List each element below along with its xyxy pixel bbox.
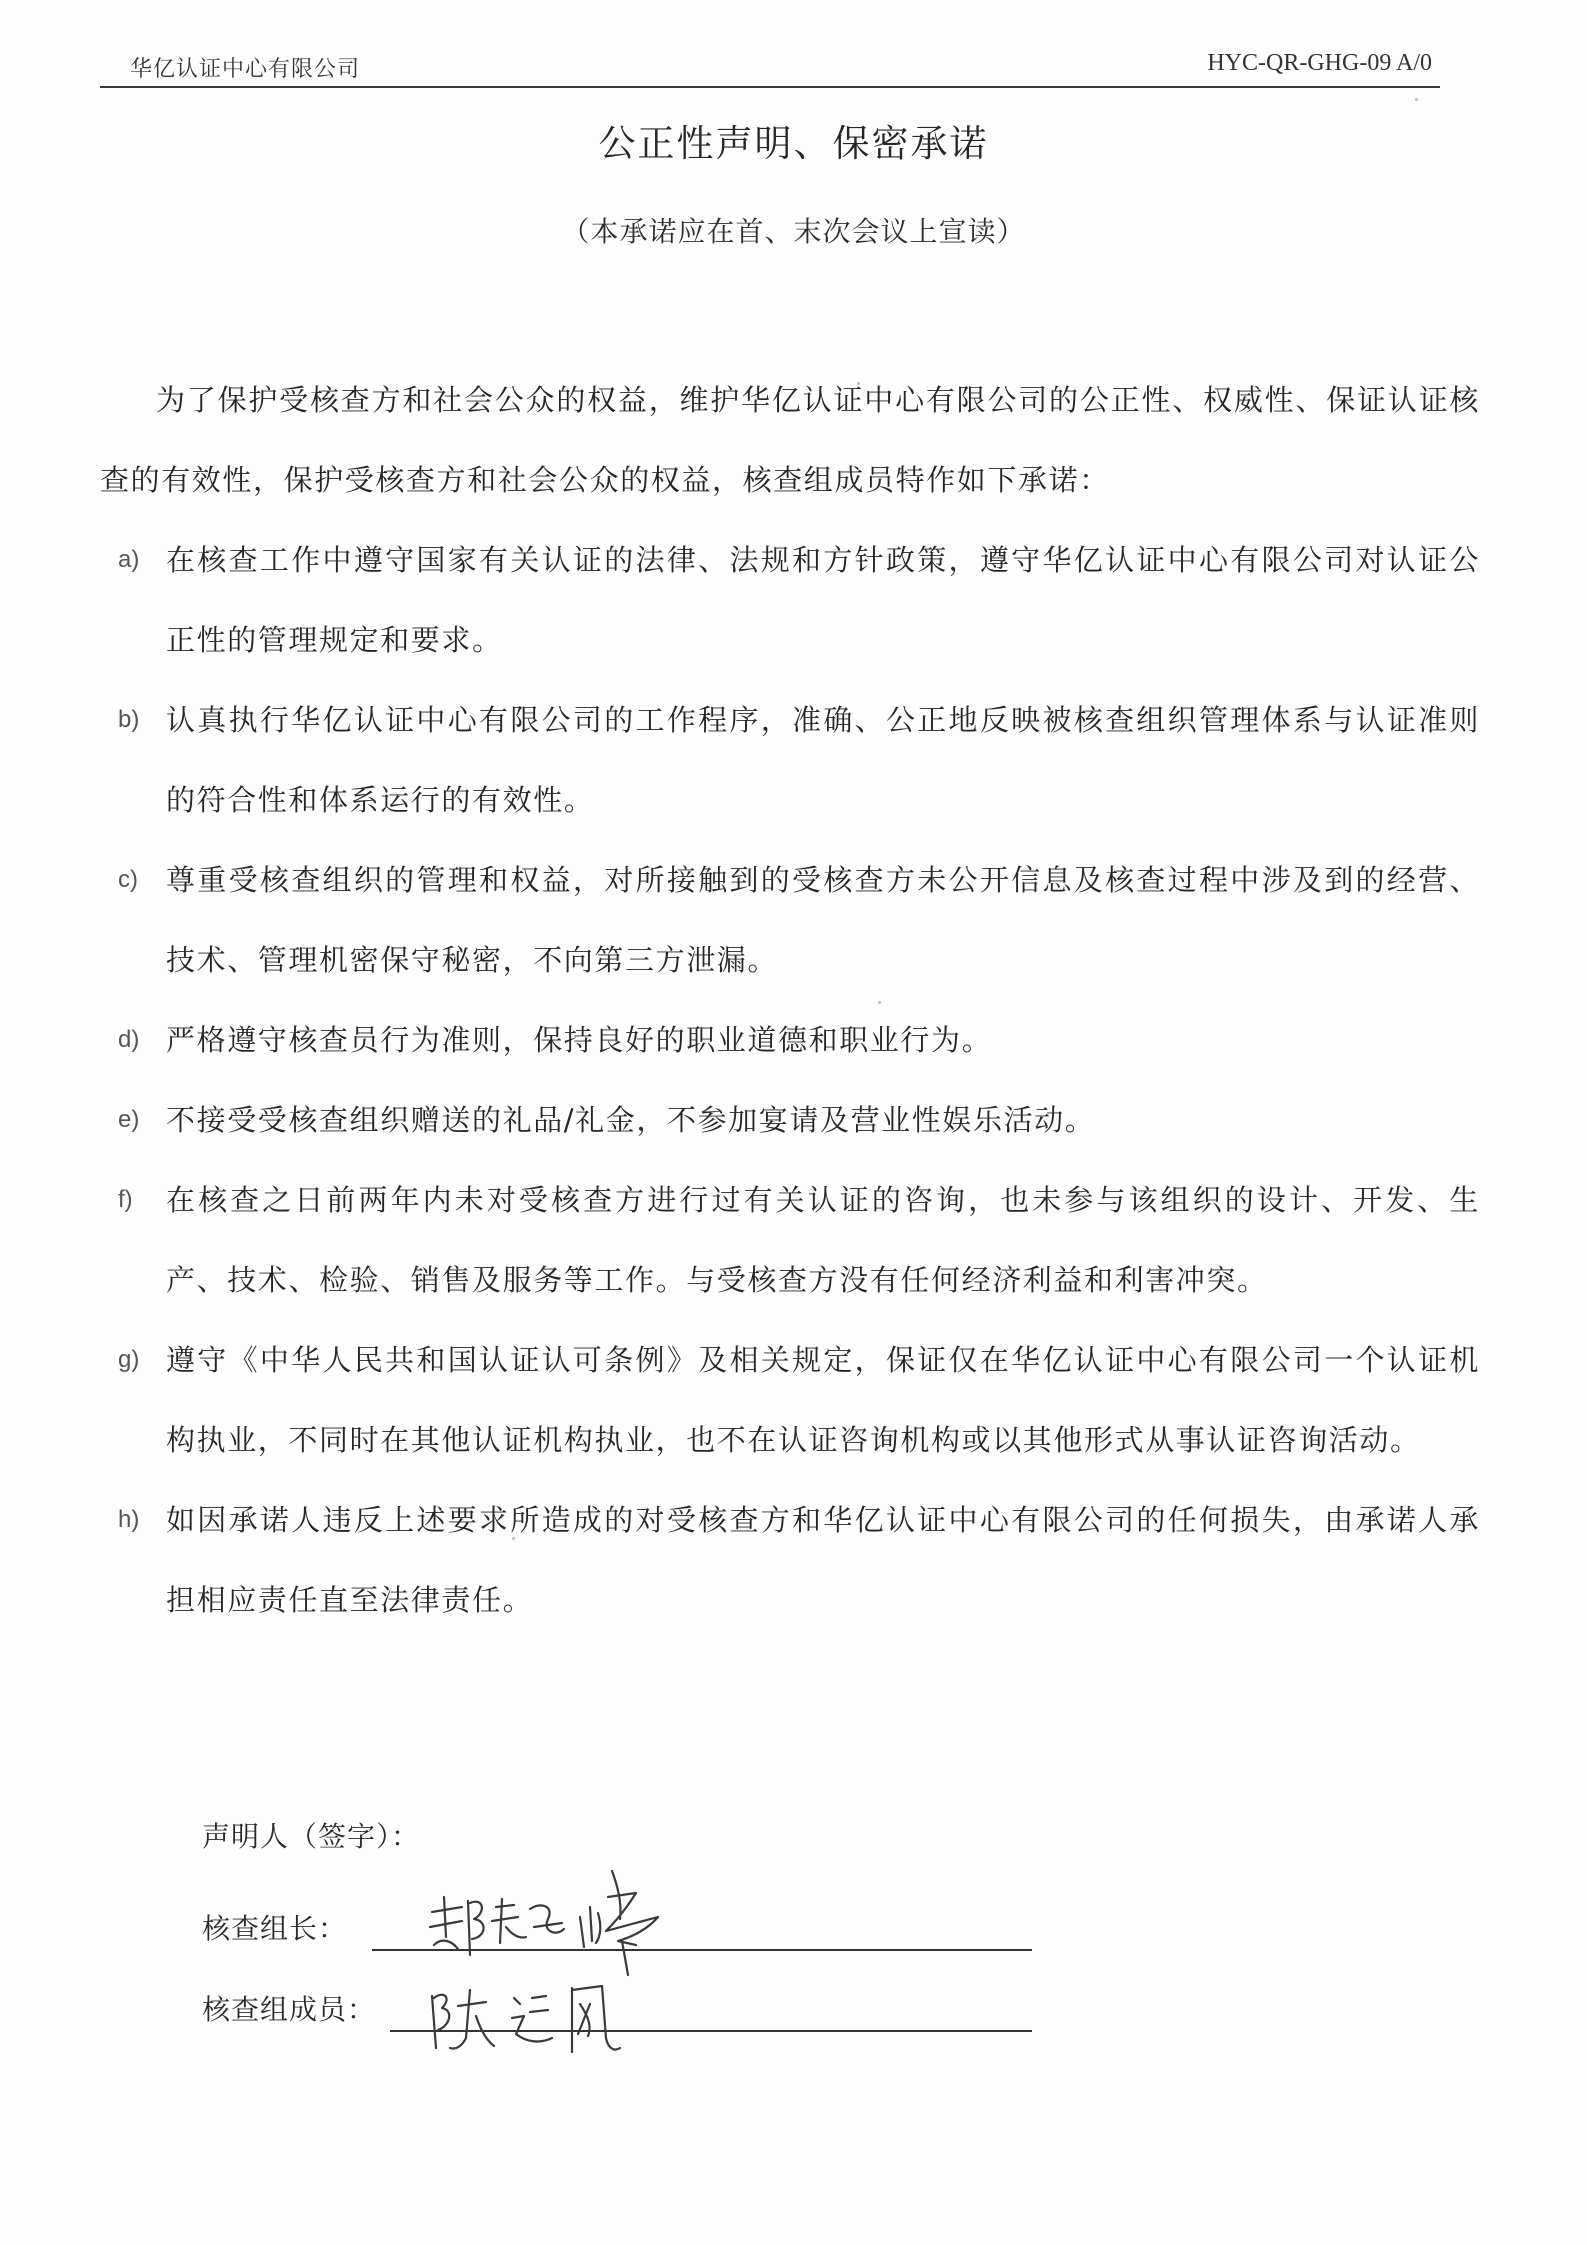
clause-h: h) 如因承诺人违反上述要求所造成的对受核查方和华亿认证中心有限公司的任何损失，… [100, 1480, 1480, 1640]
clause-label: e) [118, 1080, 139, 1160]
page-header: 华亿认证中心有限公司 HYC-QR-GHG-09 A/0 [100, 48, 1462, 88]
clause-a: a) 在核查工作中遵守国家有关认证的法律、法规和方针政策，遵守华亿认证中心有限公… [100, 520, 1480, 680]
leader-handwritten-signature-icon [422, 1857, 682, 1977]
clause-label: a) [118, 520, 139, 600]
clause-text: 在核查工作中遵守国家有关认证的法律、法规和方针政策，遵守华亿认证中心有限公司对认… [166, 520, 1480, 680]
scan-speck [512, 1537, 515, 1540]
clause-label: f) [118, 1160, 133, 1240]
page-subtitle: （本承诺应在首、末次会议上宣读） [0, 210, 1587, 250]
clause-text: 认真执行华亿认证中心有限公司的工作程序，准确、公正地反映被核查组织管理体系与认证… [166, 680, 1480, 840]
signature-heading: 声明人（签字）： [202, 1815, 420, 1855]
document-body: 为了保护受核查方和社会公众的权益，维护华亿认证中心有限公司的公正性、权威性、保证… [100, 360, 1480, 1640]
clause-label: h) [118, 1480, 139, 1560]
scan-speck [878, 1001, 881, 1004]
page-title: 公正性声明、保密承诺 [0, 113, 1587, 167]
scan-speck [857, 382, 860, 385]
clause-label: g) [118, 1320, 139, 1400]
clause-text: 在核查之日前两年内未对受核查方进行过有关认证的咨询，也未参与该组织的设计、开发、… [166, 1160, 1480, 1320]
scan-speck [1415, 98, 1418, 101]
clause-d: d) 严格遵守核查员行为准则，保持良好的职业道德和职业行为。 [100, 1000, 1480, 1080]
clause-text: 尊重受核查组织的管理和权益，对所接触到的受核查方未公开信息及核查过程中涉及到的经… [166, 840, 1480, 1000]
clause-e: e) 不接受受核查组织赠送的礼品/礼金，不参加宴请及营业性娱乐活动。 [100, 1080, 1480, 1160]
clause-c: c) 尊重受核查组织的管理和权益，对所接触到的受核查方未公开信息及核查过程中涉及… [100, 840, 1480, 1000]
signature-row-leader: 核查组长： [202, 1897, 1102, 1957]
clause-f: f) 在核查之日前两年内未对受核查方进行过有关认证的咨询，也未参与该组织的设计、… [100, 1160, 1480, 1320]
clause-text: 如因承诺人违反上述要求所造成的对受核查方和华亿认证中心有限公司的任何损失，由承诺… [166, 1480, 1480, 1640]
member-handwritten-signature-icon [422, 1968, 642, 2068]
member-label: 核查组成员： [202, 1988, 376, 2028]
header-document-code: HYC-QR-GHG-09 A/0 [1207, 50, 1432, 77]
clause-label: d) [118, 1000, 139, 1080]
clause-text: 严格遵守核查员行为准则，保持良好的职业道德和职业行为。 [166, 1000, 1480, 1080]
clause-g: g) 遵守《中华人民共和国认证认可条例》及相关规定，保证仅在华亿认证中心有限公司… [100, 1320, 1480, 1480]
leader-label: 核查组长： [202, 1907, 347, 1947]
scan-speck [198, 1446, 201, 1449]
header-divider [100, 86, 1440, 88]
clause-b: b) 认真执行华亿认证中心有限公司的工作程序，准确、公正地反映被核查组织管理体系… [100, 680, 1480, 840]
signature-row-member: 核查组成员： [202, 1978, 1102, 2038]
header-company-name: 华亿认证中心有限公司 [130, 52, 360, 83]
clause-text: 遵守《中华人民共和国认证认可条例》及相关规定，保证仅在华亿认证中心有限公司一个认… [166, 1320, 1480, 1480]
clause-label: c) [118, 840, 138, 920]
document-page: 华亿认证中心有限公司 HYC-QR-GHG-09 A/0 公正性声明、保密承诺 … [0, 0, 1587, 2245]
clause-label: b) [118, 680, 139, 760]
intro-paragraph: 为了保护受核查方和社会公众的权益，维护华亿认证中心有限公司的公正性、权威性、保证… [100, 360, 1480, 520]
clause-text: 不接受受核查组织赠送的礼品/礼金，不参加宴请及营业性娱乐活动。 [166, 1080, 1480, 1160]
